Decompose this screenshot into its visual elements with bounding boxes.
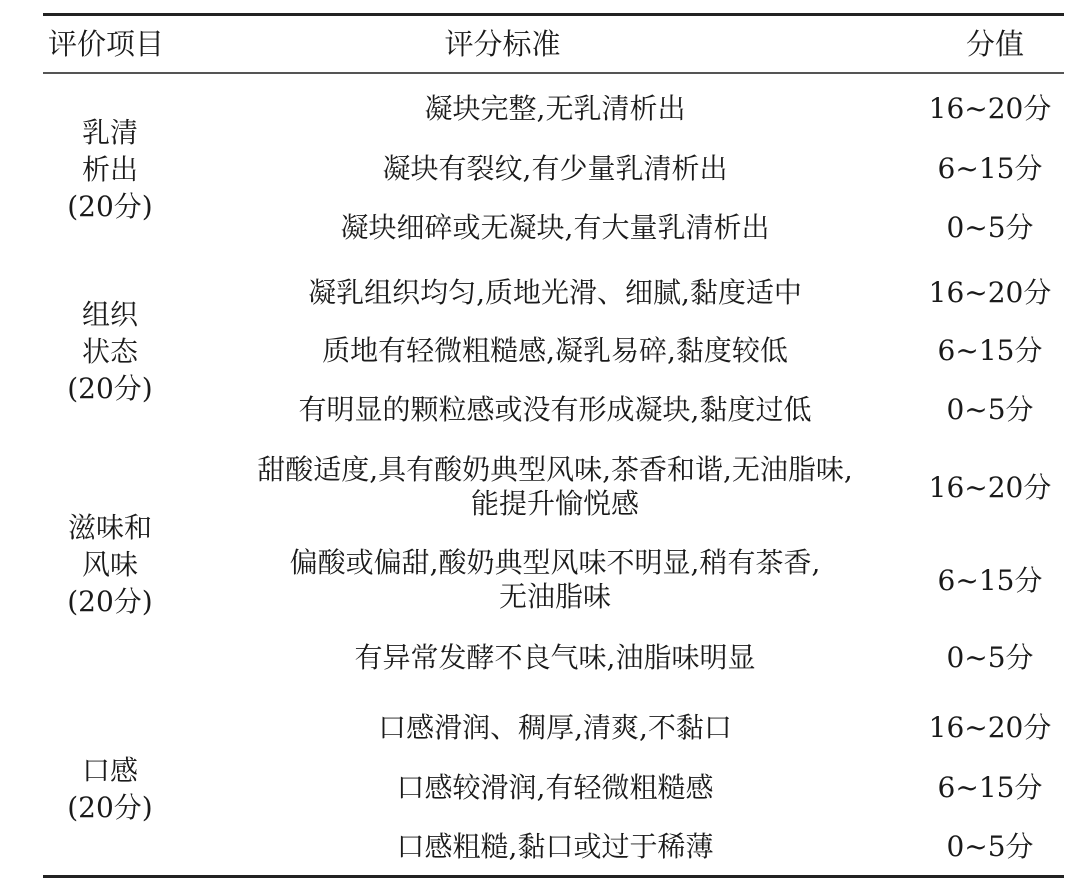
score-cell: 0~5分 [920,641,1060,675]
category-mouthfeel: 口感 (20分) [40,752,180,826]
criteria-cell: 凝块完整,无乳清析出 [195,92,915,126]
category-line: (20分) [40,188,180,225]
category-line: 析出 [40,151,180,188]
category-line: 口感 [40,752,180,789]
category-taste-flavor: 滋味和 风味 (20分) [40,509,180,620]
criteria-cell: 凝块细碎或无凝块,有大量乳清析出 [195,211,915,245]
category-line: 组织 [40,296,180,333]
criteria-cell: 有异常发酵不良气味,油脂味明显 [195,641,915,675]
score-cell: 0~5分 [920,393,1060,427]
score-cell: 0~5分 [920,211,1060,245]
criteria-line: 甜酸适度,具有酸奶典型风味,茶香和谐,无油脂味, [195,453,915,487]
category-line: (20分) [40,583,180,620]
criteria-cell: 偏酸或偏甜,酸奶典型风味不明显,稍有茶香, 无油脂味 [195,546,915,614]
score-cell: 16~20分 [920,276,1060,310]
score-cell: 6~15分 [920,152,1060,186]
criteria-cell: 有明显的颗粒感或没有形成凝块,黏度过低 [195,393,915,427]
criteria-line: 无油脂味 [195,580,915,614]
category-line: 风味 [40,546,180,583]
score-cell: 6~15分 [920,771,1060,805]
category-line: (20分) [40,789,180,826]
score-cell: 16~20分 [920,92,1060,126]
category-line: (20分) [40,370,180,407]
top-rule [43,13,1064,16]
category-texture: 组织 状态 (20分) [40,296,180,407]
header-criteria: 评分标准 [0,24,1005,64]
criteria-cell: 口感滑润、稠厚,清爽,不黏口 [195,711,915,745]
criteria-cell: 口感较滑润,有轻微粗糙感 [195,771,915,805]
criteria-cell: 口感粗糙,黏口或过于稀薄 [195,830,915,864]
category-whey-separation: 乳清 析出 (20分) [40,114,180,225]
category-line: 乳清 [40,114,180,151]
criteria-line: 能提升愉悦感 [195,487,915,521]
criteria-cell: 凝块有裂纹,有少量乳清析出 [195,152,915,186]
header-score: 分值 [950,24,1040,64]
criteria-line: 偏酸或偏甜,酸奶典型风味不明显,稍有茶香, [195,546,915,580]
score-cell: 0~5分 [920,830,1060,864]
category-line: 状态 [40,333,180,370]
score-cell: 6~15分 [920,564,1060,598]
criteria-cell: 质地有轻微粗糙感,凝乳易碎,黏度较低 [195,334,915,368]
bottom-rule [43,875,1064,878]
criteria-cell: 甜酸适度,具有酸奶典型风味,茶香和谐,无油脂味, 能提升愉悦感 [195,453,915,521]
header-rule [43,72,1064,74]
score-cell: 16~20分 [920,711,1060,745]
score-cell: 16~20分 [920,471,1060,505]
score-cell: 6~15分 [920,334,1060,368]
criteria-cell: 凝乳组织均匀,质地光滑、细腻,黏度适中 [195,276,915,310]
category-line: 滋味和 [40,509,180,546]
